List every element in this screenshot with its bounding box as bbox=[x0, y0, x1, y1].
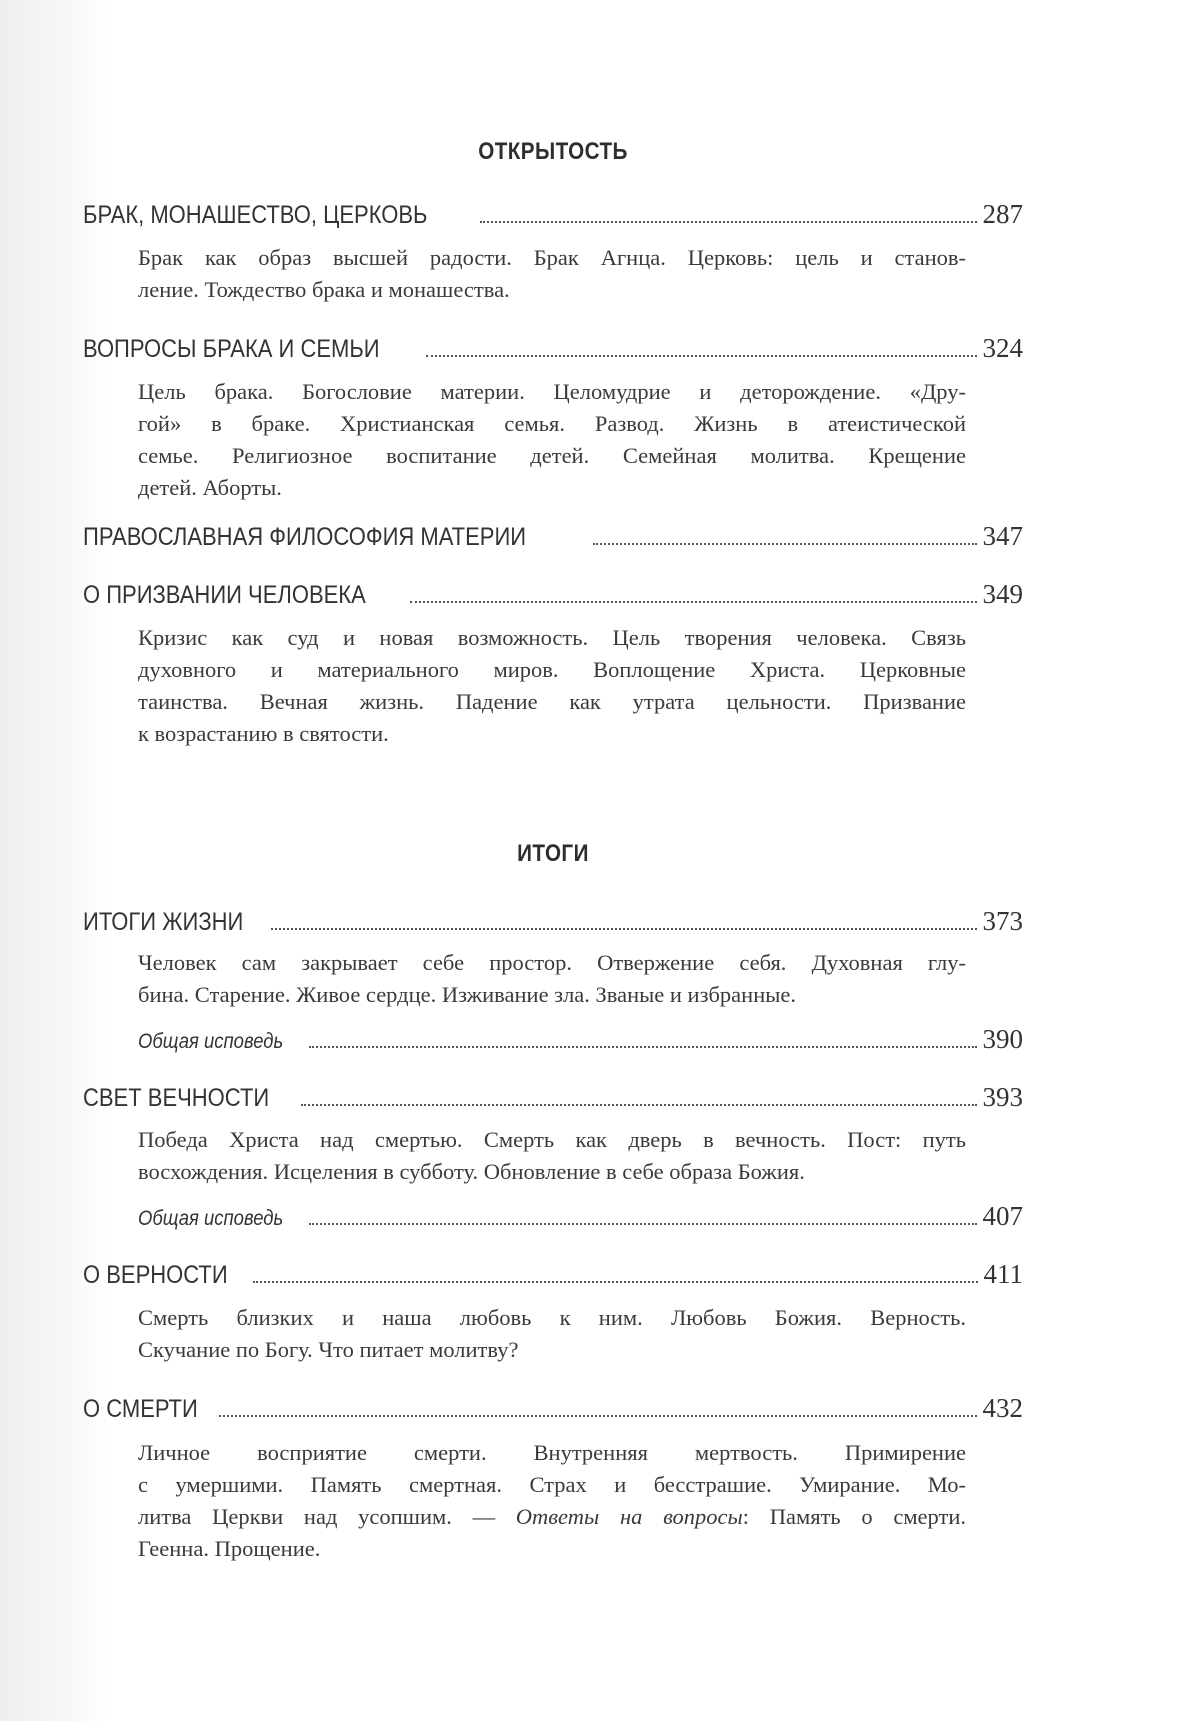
entry-description: Кризис как суд и новая возможность. Цель… bbox=[138, 622, 966, 750]
entry-description: Личное восприятие смерти. Внутренняя мер… bbox=[138, 1437, 966, 1565]
entry-title: ИТОГИ ЖИЗНИ bbox=[83, 906, 243, 938]
toc-entry[interactable]: ИТОГИ ЖИЗНИ 373 bbox=[83, 905, 1023, 938]
dot-leader bbox=[271, 928, 976, 930]
toc-sub-entry[interactable]: Общая исповедь 390 bbox=[138, 1023, 1023, 1058]
toc-entry[interactable]: О ВЕРНОСТИ 411 bbox=[83, 1258, 1023, 1291]
entry-description: Смерть близких и наша любовь к ним. Любо… bbox=[138, 1302, 966, 1366]
dot-leader bbox=[593, 543, 977, 545]
entry-title: ВОПРОСЫ БРАКА И СЕМЬИ bbox=[83, 333, 380, 365]
toc-entry[interactable]: ВОПРОСЫ БРАКА И СЕМЬИ 324 bbox=[83, 332, 1023, 365]
dot-leader bbox=[410, 601, 976, 603]
toc-entry[interactable]: БРАК, МОНАШЕСТВО, ЦЕРКОВЬ 287 bbox=[83, 198, 1023, 231]
toc-entry[interactable]: О ПРИЗВАНИИ ЧЕЛОВЕКА 349 bbox=[83, 578, 1023, 611]
sub-entry-title: Общая исповедь bbox=[138, 1203, 283, 1235]
page-number: 390 bbox=[983, 1023, 1024, 1055]
page-number: 373 bbox=[983, 905, 1024, 937]
dot-leader bbox=[253, 1281, 977, 1283]
page-number: 324 bbox=[983, 332, 1024, 364]
dot-leader bbox=[219, 1415, 976, 1417]
page-number: 411 bbox=[984, 1258, 1024, 1290]
entry-title: О ПРИЗВАНИИ ЧЕЛОВЕКА bbox=[83, 579, 366, 611]
dot-leader bbox=[426, 355, 976, 357]
entry-description: Победа Христа над смертью. Смерть как дв… bbox=[138, 1124, 966, 1188]
toc-entry[interactable]: ПРАВОСЛАВНАЯ ФИЛОСОФИЯ МАТЕРИИ 347 bbox=[83, 520, 1023, 553]
entry-title: СВЕТ ВЕЧНОСТИ bbox=[83, 1082, 269, 1114]
dot-leader bbox=[309, 1223, 977, 1225]
entry-title: О СМЕРТИ bbox=[83, 1393, 198, 1425]
dot-leader bbox=[480, 221, 976, 223]
sub-entry-title: Общая исповедь bbox=[138, 1026, 283, 1058]
page-number: 349 bbox=[983, 578, 1024, 610]
page-number: 407 bbox=[983, 1200, 1024, 1232]
entry-title: О ВЕРНОСТИ bbox=[83, 1259, 228, 1291]
toc-sub-entry[interactable]: Общая исповедь 407 bbox=[138, 1200, 1023, 1235]
toc-entry[interactable]: О СМЕРТИ 432 bbox=[83, 1392, 1023, 1425]
mixed-description-line: литва Церкви над усопшим. — Ответы на во… bbox=[138, 1501, 966, 1533]
toc-entry[interactable]: СВЕТ ВЕЧНОСТИ 393 bbox=[83, 1081, 1023, 1114]
entry-description: Цель брака. Богословие материи. Целомудр… bbox=[138, 376, 966, 504]
entry-description: Брак как образ высшей радости. Брак Агнц… bbox=[138, 242, 966, 306]
page-number: 393 bbox=[983, 1081, 1024, 1113]
page-edge-shadow bbox=[0, 0, 110, 1721]
section-heading-openness: ОТКРЫТОСТЬ bbox=[149, 138, 957, 166]
page-number: 347 bbox=[983, 520, 1024, 552]
italic-phrase: Ответы на вопросы bbox=[516, 1504, 743, 1529]
entry-title: БРАК, МОНАШЕСТВО, ЦЕРКОВЬ bbox=[83, 199, 427, 231]
page-number: 432 bbox=[983, 1392, 1024, 1424]
section-heading-results: ИТОГИ bbox=[149, 840, 957, 868]
dot-leader bbox=[309, 1046, 977, 1048]
page-number: 287 bbox=[983, 198, 1024, 230]
entry-description: Человек сам закрывает себе простор. Отве… bbox=[138, 947, 966, 1011]
dot-leader bbox=[301, 1104, 977, 1106]
entry-title: ПРАВОСЛАВНАЯ ФИЛОСОФИЯ МАТЕРИИ bbox=[83, 521, 526, 553]
